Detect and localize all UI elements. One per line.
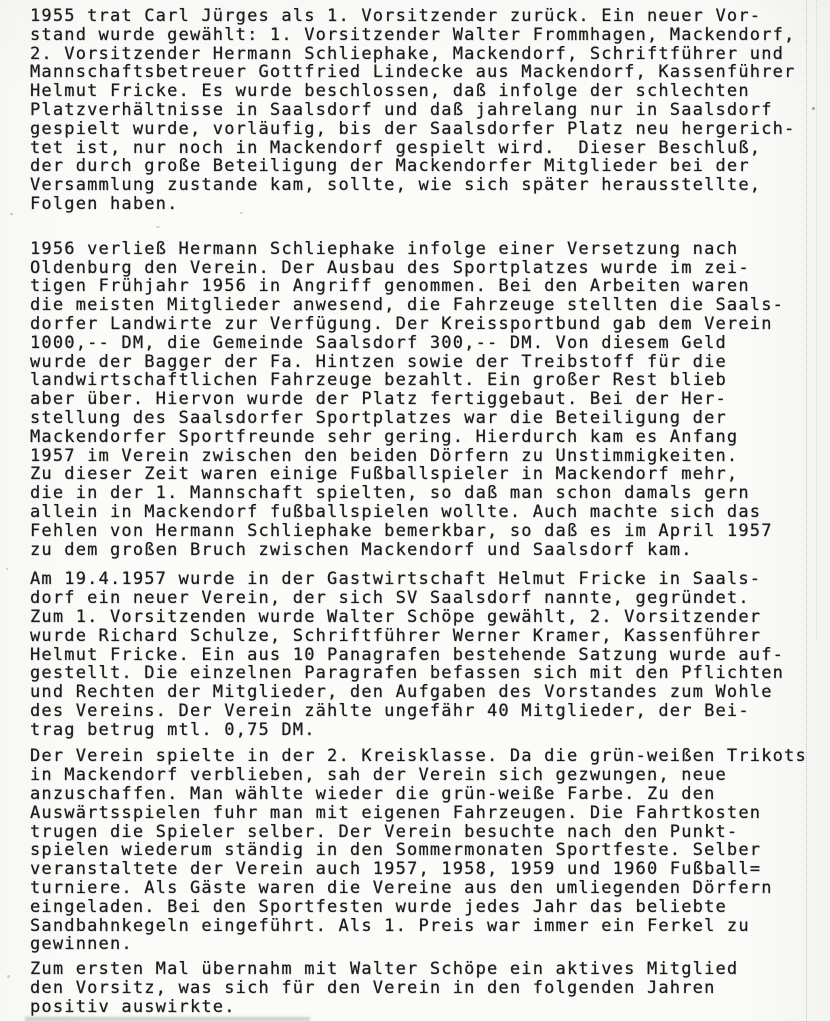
scan-speck	[7, 975, 10, 978]
scan-edge-artifact-line	[806, 0, 807, 1021]
scan-bottom-cutoff-artifact	[25, 1017, 310, 1021]
scanned-document-page: 1955 trat Carl Jürges als 1. Vorsitzende…	[0, 0, 830, 1021]
paragraph-1955-vorstandswechsel: 1955 trat Carl Jürges als 1. Vorsitzende…	[30, 7, 816, 214]
paragraph-kreisklasse-sportfeste: Der Verein spielte in der 2. Kreisklasse…	[30, 747, 816, 954]
paragraph-walter-schoepe-vorsitz: Zum ersten Mal übernahm mit Walter Schöp…	[30, 960, 816, 1016]
scan-speck	[812, 107, 815, 110]
scan-speck	[156, 226, 160, 228]
scan-speck	[6, 568, 8, 570]
scan-speck	[10, 213, 13, 215]
paragraph-1957-gruendung-sv-saalsdorf: Am 19.4.1957 wurde in der Gastwirtschaft…	[30, 570, 816, 739]
paragraph-1956-sportplatz-ausbau: 1956 verließ Hermann Schliephake infolge…	[30, 240, 816, 560]
document-text-block: 1955 trat Carl Jürges als 1. Vorsitzende…	[30, 0, 816, 1017]
scan-edge-artifact-line-secondary	[816, 0, 817, 640]
scan-speck	[240, 212, 243, 214]
